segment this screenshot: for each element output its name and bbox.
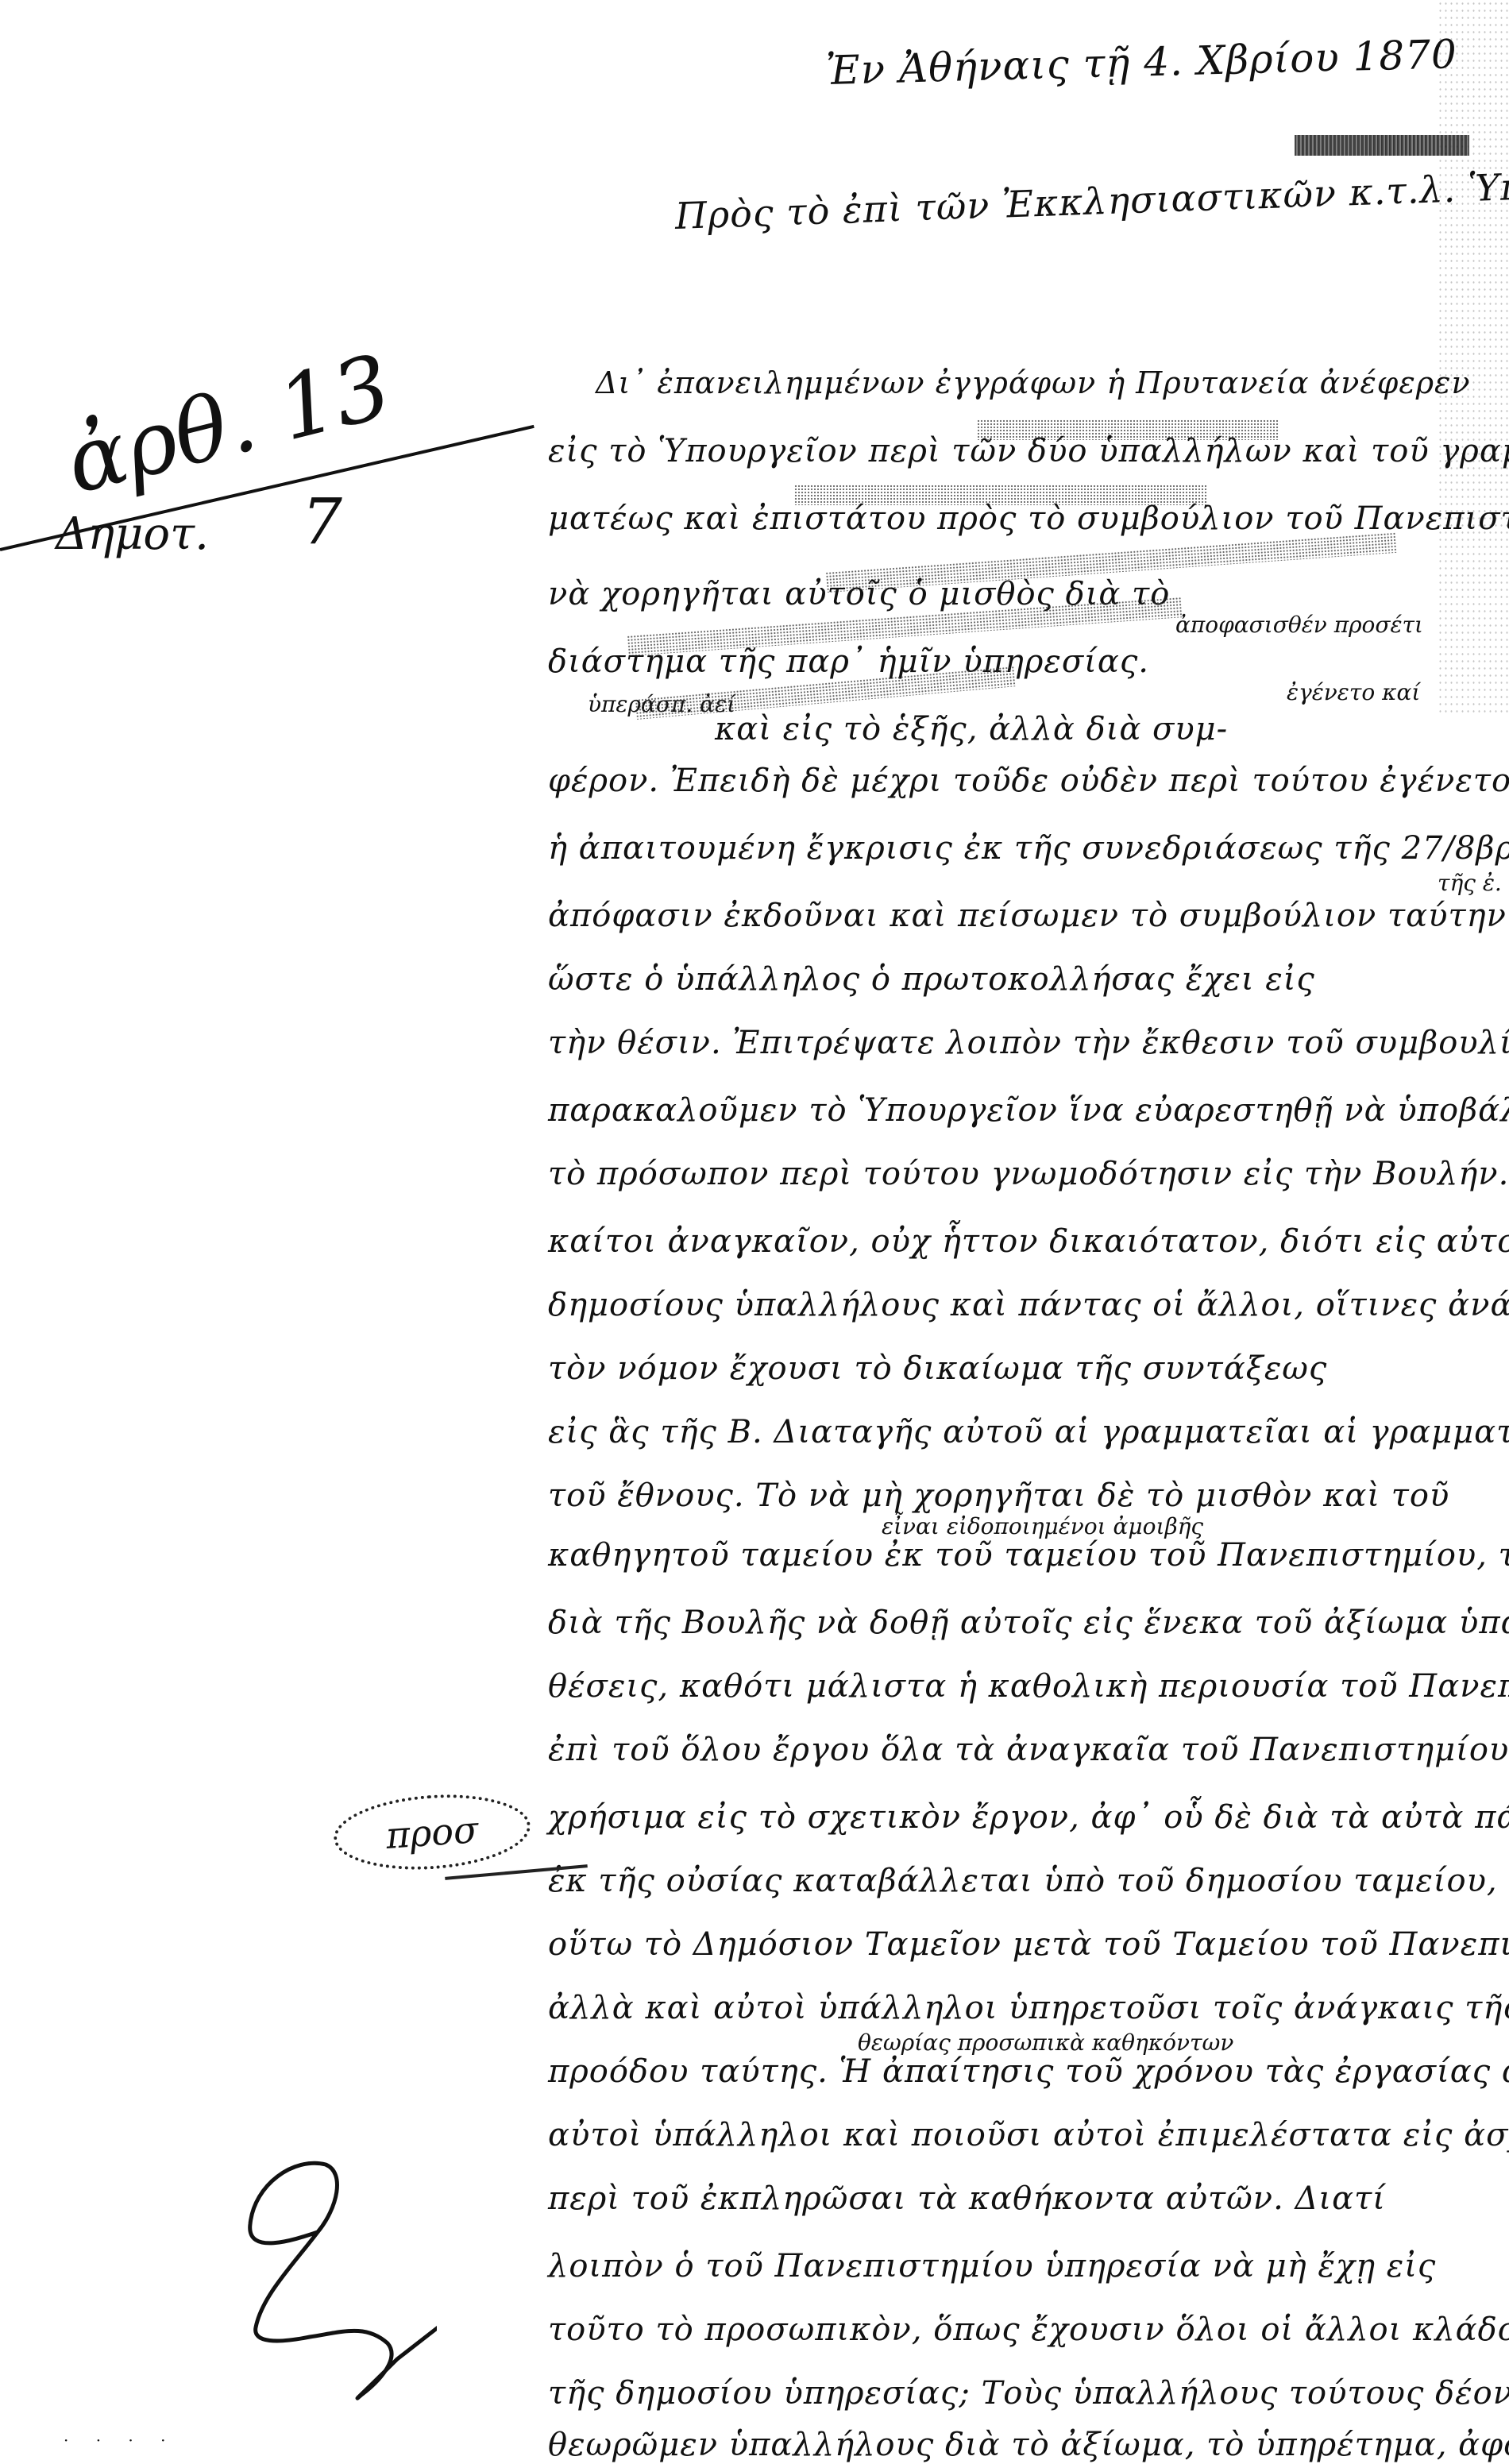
margin-sub-number: 7 [302,485,342,558]
body-line: καθηγητοῦ ταμείου ἐκ τοῦ ταμείου τοῦ Παν… [548,1537,1509,1574]
body-line: διὰ τῆς Βουλῆς νὰ δοθῇ αὐτοῖς εἰς ἕνεκα … [548,1605,1509,1641]
interlinear-insertion: ἐγένετο καί [1287,679,1420,705]
body-line: φέρον. Ἐπειδὴ δὲ μέχρι τοῦδε οὐδὲν περὶ … [548,763,1509,799]
body-line: θέσεις, καθότι μάλιστα ἡ καθολικὴ περιου… [548,1668,1509,1705]
body-line: χρήσιμα εἰς τὸ σχετικὸν ἔργον, ἀφ᾽ οὗ δὲ… [548,1799,1509,1836]
letter-heading: Πρὸς τὸ ἐπὶ τῶν Ἐκκλησιαστικῶν κ.τ.λ. Ὑπ… [674,159,1509,238]
body-line: καίτοι ἀναγκαῖον, οὐχ ἧττον δικαιότατον,… [548,1223,1509,1260]
body-line: τὴν θέσιν. Ἐπιτρέψατε λοιπὸν τὴν ἔκθεσιν… [548,1025,1509,1061]
scan-edge-marks: · · · · [64,2431,177,2450]
body-line: προόδου ταύτης. Ἡ ἀπαίτησις τοῦ χρόνου τ… [548,2053,1509,2090]
body-line: ματέως καὶ ἐπιστάτου πρὸς τὸ συμβούλιον … [548,500,1509,537]
margin-reference-number: ἀρθ. 13 [56,335,401,514]
body-line: αὐτοὶ ὑπάλληλοι καὶ ποιοῦσι αὐτοὶ ἐπιμελ… [548,2117,1509,2153]
body-line: τοῦ ἔθνους. Τὸ νὰ μὴ χορηγῆται δὲ τὸ μισ… [548,1477,1449,1514]
ink-smudge [1295,135,1469,156]
body-line: διάστημα τῆς παρ᾽ ἡμῖν ὑπηρεσίας. [548,643,1149,680]
body-line: θεωρῶμεν ὑπαλλήλους διὰ τὸ ἀξίωμα, τὸ ὑπ… [548,2427,1509,2463]
body-line: τοῦτο τὸ προσωπικὸν, ὅπως ἔχουσιν ὅλοι ο… [548,2311,1509,2348]
body-line: περὶ τοῦ ἐκπληρῶσαι τὰ καθήκοντα αὐτῶν. … [548,2180,1386,2217]
body-line: παρακαλοῦμεν τὸ Ὑπουργεῖον ἵνα εὐαρεστηθ… [548,1092,1509,1129]
body-line: εἰς τὸ Ὑπουργεῖον περὶ τῶν δύο ὑπαλλήλων… [548,433,1509,469]
body-line: ἐπὶ τοῦ ὅλου ἔργου ὅλα τὰ ἀναγκαῖα τοῦ Π… [548,1732,1509,1768]
margin-stamp-label: προσ [384,1808,480,1857]
interlinear-insertion: ἀποφασισθέν προσέτι [1175,612,1423,638]
manuscript-page: Ἐν Ἀθήναις τῇ 4. Χβρίου 1870 Πρὸς τὸ ἐπὶ… [0,0,1509,2464]
body-line: ἡ ἀπαιτουμένη ἔγκρισις ἐκ τῆς συνεδριάσε… [548,830,1509,867]
dateline: Ἐν Ἀθήναις τῇ 4. Χβρίου 1870 [825,31,1457,94]
margin-stamp: προσ [331,1788,533,1875]
body-line: δημοσίους ὑπαλλήλους καὶ πάντας οἱ ἄλλοι… [548,1287,1509,1323]
scan-noise-edge [1438,0,1509,715]
body-line: τῆς δημοσίου ὑπηρεσίας; Τοὺς ὑπαλλήλους … [548,2375,1509,2412]
body-line: ἀλλὰ καὶ αὐτοὶ ὑπάλληλοι ὑπηρετοῦσι τοῖς… [548,1990,1509,2026]
body-line: οὕτω τὸ Δημόσιον Ταμεῖον μετὰ τοῦ Ταμείο… [548,1926,1509,1963]
body-line: καὶ εἰς τὸ ἑξῆς, ἀλλὰ διὰ συμ- [715,711,1228,747]
interlinear-insertion: θεωρίας προσωπικὰ καθηκόντων [858,2030,1233,2056]
body-line: ὥστε ὁ ὑπάλληλος ὁ πρωτοκολλήσας ἔχει εἰ… [548,961,1315,998]
body-line: ἀπόφασιν ἐκδοῦναι καὶ πείσωμεν τὸ συμβού… [548,898,1509,934]
body-line: τὸν νόμον ἔχουσι τὸ δικαίωμα τῆς συντάξε… [548,1350,1327,1387]
body-line: Δι᾽ ἐπανειλημμένων ἐγγράφων ἡ Πρυτανεία … [596,365,1471,400]
body-line: ἐκ τῆς οὐσίας καταβάλλεται ὑπὸ τοῦ δημοσ… [548,1863,1509,1899]
margin-sub-label: Δημοτ. [56,508,209,560]
body-line: λοιπὸν ὁ τοῦ Πανεπιστημίου ὑπηρεσία νὰ μ… [548,2248,1436,2284]
body-line: τὸ πρόσωπον περὶ τούτου γνωμοδότησιν εἰς… [548,1156,1509,1192]
interlinear-insertion: τῆς ἐ. ἐ. [1438,870,1509,896]
signature-flourish-icon [199,2153,437,2407]
interlinear-insertion: εἶναι εἰδοποιημένοι ἀμοιβῆς [882,1513,1203,1539]
body-line: εἰς ἃς τῆς Β. Διαταγῆς αὐτοῦ αἱ γραμματε… [548,1414,1509,1450]
